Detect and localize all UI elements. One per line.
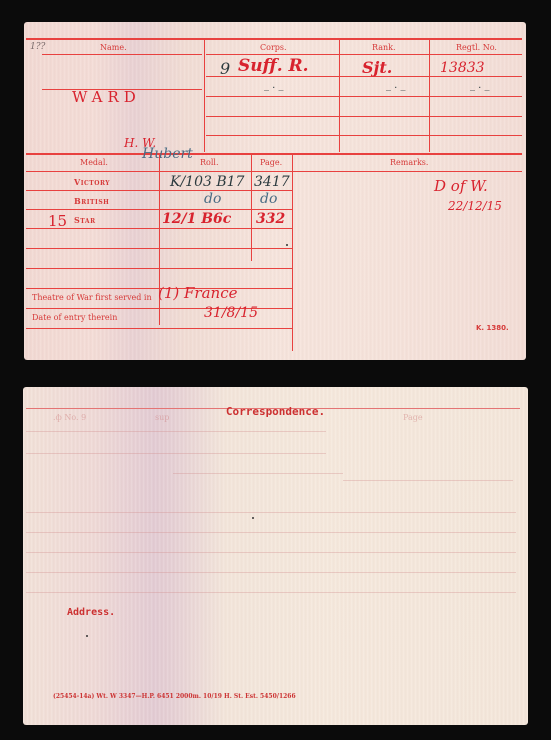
rank-ditto: _ . _: [386, 80, 406, 91]
name-header-rule: [42, 54, 202, 55]
correspondence-title: Correspondence.: [23, 405, 528, 418]
surname-value: WARD: [72, 88, 141, 106]
medal-index-card-back: Correspondence. .ф No. 9 sup Page Addres…: [23, 387, 528, 725]
date-entry-value: 31/8/15: [204, 305, 258, 321]
remarks-header: Remarks.: [390, 158, 428, 167]
medal-header-rule: [26, 171, 522, 172]
row-rule-3: [206, 116, 522, 117]
faint-rule-6: [26, 532, 516, 533]
row-rule-2: [206, 96, 522, 97]
printer-imprint: (25454-14a) Wt. W 3347—H.P. 6451 2000m. …: [53, 693, 296, 700]
corps-header: Corps.: [260, 43, 287, 52]
row-rule-4: [206, 135, 522, 136]
medal-british-label: British: [74, 196, 109, 206]
medal-row-rule-2: [26, 209, 292, 210]
roll-header: Roll.: [200, 158, 219, 167]
regtl-no-header: Regtl. No.: [456, 43, 497, 52]
medal-row-rule-4: [26, 248, 292, 249]
faint-rule-8: [26, 572, 516, 573]
form-number: K. 1380.: [476, 324, 509, 332]
corps-value: Suff. R.: [238, 56, 309, 76]
corps-header-rule: [206, 54, 522, 55]
name-header: Name.: [100, 43, 127, 52]
faint-rule-5: [26, 512, 516, 513]
medal-star-label: Star: [74, 215, 96, 225]
page-header: Page.: [260, 158, 282, 167]
faint-rule-2: [26, 453, 326, 454]
faint-rule-7: [26, 552, 516, 553]
medal-row-rule-5: [26, 268, 292, 269]
ghost-print-1: .ф No. 9: [53, 413, 86, 422]
faint-rule-3: [173, 473, 343, 474]
ink-dot-back: [86, 635, 88, 637]
bottom-rule: [26, 328, 292, 329]
rank-value: Sjt.: [362, 58, 392, 77]
star-roll-value: 12/1 B6c: [162, 211, 231, 227]
star-prefix-value: 15: [48, 212, 67, 230]
corps-ditto: _ . _: [264, 80, 284, 91]
regtl-no-value: 13833: [440, 60, 485, 76]
top-rule: [26, 38, 522, 40]
corps-prefix-value: 9: [220, 59, 230, 78]
british-roll-value: do: [204, 191, 221, 207]
faint-rule-1: [26, 431, 326, 432]
ghost-print-3: Page: [403, 413, 423, 422]
victory-page-value: 3417: [254, 174, 290, 190]
star-page-value: 332: [256, 211, 285, 227]
address-label: Address.: [67, 607, 115, 618]
ink-dot-back-2: [252, 517, 254, 519]
remarks-line-1: D of W.: [434, 177, 488, 195]
theatre-value: (1) France: [158, 284, 237, 302]
rank-header: Rank.: [372, 43, 396, 52]
divider-name-corps: [204, 39, 205, 152]
ghost-print-2: sup: [155, 413, 169, 422]
regtl-no-ditto: _ . _: [470, 80, 490, 91]
british-page-value: do: [260, 191, 277, 207]
medal-victory-label: Victory: [74, 177, 110, 187]
victory-roll-value: K/103 B17: [170, 174, 244, 190]
divider-page-remarks: [292, 155, 293, 351]
forename-value: Hubert: [142, 146, 193, 162]
medal-section-rule: [26, 153, 522, 155]
remarks-line-2: 22/12/15: [448, 199, 502, 213]
ink-dot: [286, 244, 288, 246]
theatre-label: Theatre of War first served in: [32, 293, 152, 302]
medal-index-card-front: Name. Corps. Rank. Regtl. No. 1?? WARD 9…: [24, 22, 526, 360]
margin-note: 1??: [30, 42, 45, 52]
medal-row-rule-1: [26, 190, 292, 191]
faint-rule-4: [343, 480, 513, 481]
date-entry-label: Date of entry therein: [32, 313, 117, 322]
faint-rule-9: [26, 592, 516, 593]
medal-header: Medal.: [80, 158, 108, 167]
